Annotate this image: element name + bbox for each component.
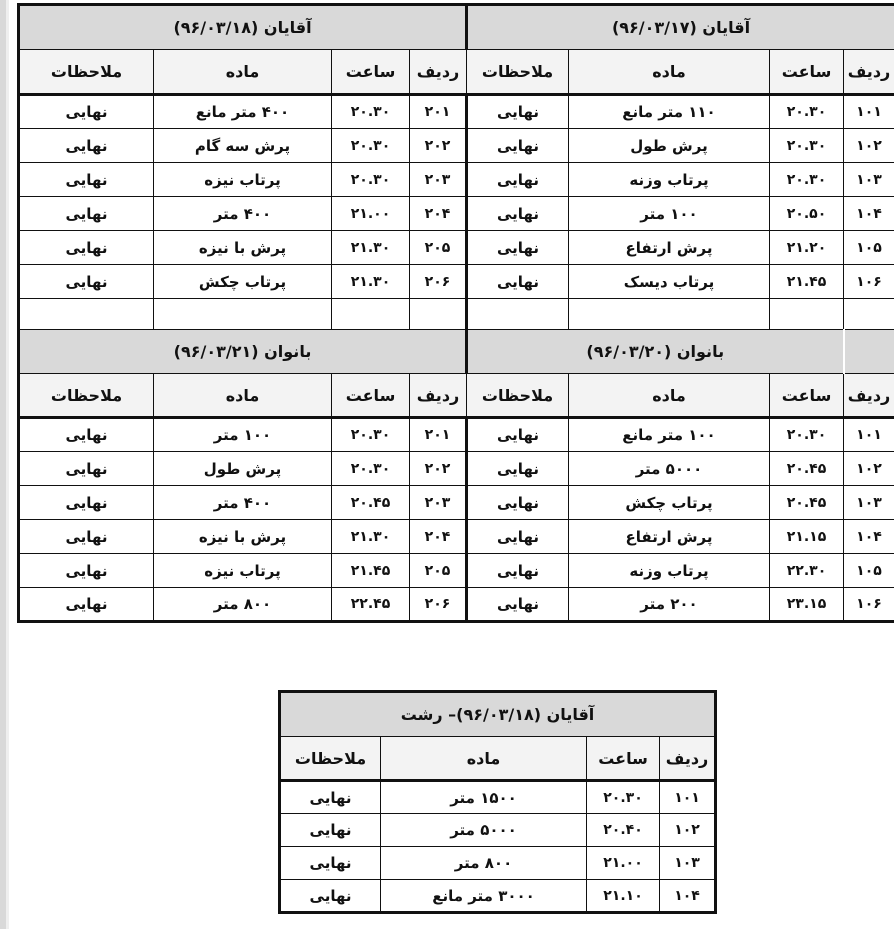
col-header-event: ماده bbox=[569, 50, 770, 95]
row-event: پرش با نیزه bbox=[154, 231, 332, 265]
row-event: ۵۰۰۰ متر bbox=[569, 452, 770, 486]
row-notes: نهایی bbox=[467, 163, 569, 197]
row-event: ۱۰۰ متر bbox=[569, 197, 770, 231]
row-notes: نهایی bbox=[467, 95, 569, 129]
row-event: پرش طول bbox=[154, 452, 332, 486]
row-number: ۲۰۱ bbox=[410, 95, 467, 129]
row-event: ۱۰۰ متر bbox=[154, 418, 332, 452]
row-notes: نهایی bbox=[19, 452, 154, 486]
table-row: ۱۰۳ ۲۰.۴۵ پرتاب چکش نهایی ۲۰۳ ۲۰.۴۵ ۴۰۰ … bbox=[19, 486, 894, 520]
col-header-event: ماده bbox=[154, 50, 332, 95]
col-header-time: ساعت bbox=[332, 374, 410, 418]
row-number: ۲۰۱ bbox=[410, 418, 467, 452]
col-header-event: ماده bbox=[381, 737, 587, 781]
row-event: پرتاب نیزه bbox=[154, 554, 332, 588]
schedule-table-rasht: آقایان (۹۶/۰۳/۱۸)– رشت ردیف ساعت ماده مل… bbox=[278, 690, 717, 914]
row-event: ۱۵۰۰ متر bbox=[381, 781, 587, 814]
col-header-row: ردیف bbox=[844, 374, 894, 418]
row-time: ۲۰.۴۵ bbox=[770, 486, 844, 520]
row-event: پرش ارتفاع bbox=[569, 520, 770, 554]
table-row: ۱۰۴ ۲۰.۵۰ ۱۰۰ متر نهایی ۲۰۴ ۲۱.۰۰ ۴۰۰ مت… bbox=[19, 197, 894, 231]
row-time: ۲۰.۴۵ bbox=[770, 452, 844, 486]
row-time: ۲۱.۳۰ bbox=[332, 265, 410, 299]
row-number: ۱۰۱ bbox=[844, 95, 894, 129]
row-number: ۲۰۴ bbox=[410, 520, 467, 554]
row-number: ۱۰۳ bbox=[660, 847, 716, 880]
row-event: ۱۰۰ متر مانع bbox=[569, 418, 770, 452]
table-row: ۱۰۵ ۲۲.۳۰ پرتاب وزنه نهایی ۲۰۵ ۲۱.۴۵ پرت… bbox=[19, 554, 894, 588]
row-number: ۱۰۲ bbox=[844, 452, 894, 486]
row-number: ۲۰۳ bbox=[410, 163, 467, 197]
row-number: ۲۰۵ bbox=[410, 231, 467, 265]
table-row: ۱۰۴ ۲۱.۱۰ ۳۰۰۰ متر مانع نهایی bbox=[280, 880, 716, 913]
row-notes: نهایی bbox=[280, 781, 381, 814]
table-row: ۱۰۳ ۲۱.۰۰ ۸۰۰ متر نهایی bbox=[280, 847, 716, 880]
col-header-time: ساعت bbox=[770, 374, 844, 418]
row-notes: نهایی bbox=[280, 847, 381, 880]
col-header-row: ردیف bbox=[844, 50, 894, 95]
table-row: ۱۰۲ ۲۰.۳۰ پرش طول نهایی ۲۰۲ ۲۰.۳۰ پرش سه… bbox=[19, 129, 894, 163]
col-header-row: ردیف bbox=[410, 50, 467, 95]
row-number: ۲۰۲ bbox=[410, 129, 467, 163]
table-row: ۱۰۲ ۲۰.۴۵ ۵۰۰۰ متر نهایی ۲۰۲ ۲۰.۳۰ پرش ط… bbox=[19, 452, 894, 486]
row-time: ۲۰.۳۰ bbox=[332, 418, 410, 452]
row-number: ۲۰۲ bbox=[410, 452, 467, 486]
row-notes: نهایی bbox=[19, 486, 154, 520]
row-notes: نهایی bbox=[19, 197, 154, 231]
row-event: ۴۰۰ متر bbox=[154, 197, 332, 231]
row-time: ۲۱.۳۰ bbox=[332, 520, 410, 554]
row-time: ۲۰.۳۰ bbox=[770, 163, 844, 197]
row-event: پرش ارتفاع bbox=[569, 231, 770, 265]
row-time: ۲۱.۴۵ bbox=[332, 554, 410, 588]
table-row: ۱۰۱ ۲۰.۳۰ ۱۱۰ متر مانع نهایی ۲۰۱ ۲۰.۳۰ ۴… bbox=[19, 95, 894, 129]
row-event: پرتاب دیسک bbox=[569, 265, 770, 299]
row-number: ۲۰۴ bbox=[410, 197, 467, 231]
row-event: پرتاب وزنه bbox=[569, 554, 770, 588]
row-time: ۲۱.۱۵ bbox=[770, 520, 844, 554]
row-notes: نهایی bbox=[19, 95, 154, 129]
row-event: ۴۰۰ متر مانع bbox=[154, 95, 332, 129]
row-number: ۱۰۶ bbox=[844, 265, 894, 299]
row-notes: نهایی bbox=[19, 129, 154, 163]
col-header-notes: ملاحظات bbox=[467, 50, 569, 95]
row-notes: نهایی bbox=[467, 520, 569, 554]
row-event: پرش طول bbox=[569, 129, 770, 163]
table-title-men-18: آقایان (۹۶/۰۳/۱۸) bbox=[19, 5, 467, 50]
row-event: پرش با نیزه bbox=[154, 520, 332, 554]
row-notes: نهایی bbox=[467, 452, 569, 486]
table-row: ۱۰۶ ۲۱.۴۵ پرتاب دیسک نهایی ۲۰۶ ۲۱.۳۰ پرت… bbox=[19, 265, 894, 299]
col-header-time: ساعت bbox=[770, 50, 844, 95]
row-number: ۱۰۴ bbox=[844, 197, 894, 231]
table-row: ۱۰۴ ۲۱.۱۵ پرش ارتفاع نهایی ۲۰۴ ۲۱.۳۰ پرش… bbox=[19, 520, 894, 554]
row-number: ۱۰۱ bbox=[660, 781, 716, 814]
row-time: ۲۱.۰۰ bbox=[332, 197, 410, 231]
row-notes: نهایی bbox=[19, 163, 154, 197]
row-number: ۱۰۱ bbox=[844, 418, 894, 452]
row-time: ۲۰.۳۰ bbox=[332, 452, 410, 486]
table-title-men-17: آقایان (۹۶/۰۳/۱۷) bbox=[467, 5, 894, 50]
row-notes: نهایی bbox=[467, 231, 569, 265]
col-header-notes: ملاحظات bbox=[467, 374, 569, 418]
schedule-grid: آقایان (۹۶/۰۳/۱۷) آقایان (۹۶/۰۳/۱۸) ردیف… bbox=[17, 3, 894, 623]
row-time: ۲۲.۴۵ bbox=[332, 588, 410, 622]
row-time: ۲۰.۳۰ bbox=[587, 781, 660, 814]
row-number: ۱۰۳ bbox=[844, 486, 894, 520]
row-number: ۱۰۵ bbox=[844, 554, 894, 588]
row-event: پرش سه گام bbox=[154, 129, 332, 163]
table-row: ۱۰۵ ۲۱.۲۰ پرش ارتفاع نهایی ۲۰۵ ۲۱.۳۰ پرش… bbox=[19, 231, 894, 265]
row-event: پرتاب وزنه bbox=[569, 163, 770, 197]
page-edge-shadow bbox=[6, 0, 9, 929]
table-row: ۱۰۲ ۲۰.۴۰ ۵۰۰۰ متر نهایی bbox=[280, 814, 716, 847]
row-event: ۴۰۰ متر bbox=[154, 486, 332, 520]
row-notes: نهایی bbox=[467, 486, 569, 520]
table-title-women-21: بانوان (۹۶/۰۳/۲۱) bbox=[19, 330, 467, 374]
row-notes: نهایی bbox=[19, 520, 154, 554]
row-number: ۱۰۴ bbox=[660, 880, 716, 913]
row-time: ۲۰.۳۰ bbox=[332, 95, 410, 129]
row-event: ۳۰۰۰ متر مانع bbox=[381, 880, 587, 913]
table-title-women-20: بانوان (۹۶/۰۳/۲۰) bbox=[467, 330, 844, 374]
col-header-notes: ملاحظات bbox=[19, 50, 154, 95]
row-number: ۱۰۲ bbox=[660, 814, 716, 847]
row-time: ۲۳.۱۵ bbox=[770, 588, 844, 622]
row-time: ۲۰.۳۰ bbox=[332, 129, 410, 163]
col-header-row: ردیف bbox=[410, 374, 467, 418]
row-event: ۲۰۰ متر bbox=[569, 588, 770, 622]
row-number: ۱۰۲ bbox=[844, 129, 894, 163]
table-row: ۱۰۱ ۲۰.۳۰ ۱۰۰ متر مانع نهایی ۲۰۱ ۲۰.۳۰ ۱… bbox=[19, 418, 894, 452]
row-notes: نهایی bbox=[467, 265, 569, 299]
row-time: ۲۰.۳۰ bbox=[770, 418, 844, 452]
row-time: ۲۰.۴۵ bbox=[332, 486, 410, 520]
row-event: ۱۱۰ متر مانع bbox=[569, 95, 770, 129]
row-notes: نهایی bbox=[467, 588, 569, 622]
row-event: ۸۰۰ متر bbox=[381, 847, 587, 880]
row-number: ۲۰۶ bbox=[410, 265, 467, 299]
col-header-event: ماده bbox=[569, 374, 770, 418]
empty-row bbox=[19, 299, 894, 330]
row-number: ۱۰۵ bbox=[844, 231, 894, 265]
title-filler bbox=[844, 330, 894, 374]
row-number: ۱۰۶ bbox=[844, 588, 894, 622]
row-time: ۲۱.۴۵ bbox=[770, 265, 844, 299]
row-number: ۱۰۳ bbox=[844, 163, 894, 197]
table-row: ۱۰۱ ۲۰.۳۰ ۱۵۰۰ متر نهایی bbox=[280, 781, 716, 814]
table-row: ۱۰۶ ۲۳.۱۵ ۲۰۰ متر نهایی ۲۰۶ ۲۲.۴۵ ۸۰۰ مت… bbox=[19, 588, 894, 622]
row-time: ۲۰.۳۰ bbox=[770, 129, 844, 163]
row-time: ۲۱.۳۰ bbox=[332, 231, 410, 265]
row-number: ۱۰۴ bbox=[844, 520, 894, 554]
row-notes: نهایی bbox=[467, 554, 569, 588]
col-header-notes: ملاحظات bbox=[280, 737, 381, 781]
row-time: ۲۰.۳۰ bbox=[332, 163, 410, 197]
row-time: ۲۰.۵۰ bbox=[770, 197, 844, 231]
col-header-time: ساعت bbox=[332, 50, 410, 95]
row-event: ۵۰۰۰ متر bbox=[381, 814, 587, 847]
row-notes: نهایی bbox=[19, 588, 154, 622]
row-number: ۲۰۳ bbox=[410, 486, 467, 520]
row-time: ۲۱.۰۰ bbox=[587, 847, 660, 880]
row-time: ۲۲.۳۰ bbox=[770, 554, 844, 588]
row-time: ۲۰.۳۰ bbox=[770, 95, 844, 129]
col-header-time: ساعت bbox=[587, 737, 660, 781]
row-event: پرتاب نیزه bbox=[154, 163, 332, 197]
col-header-notes: ملاحظات bbox=[19, 374, 154, 418]
table-row: ۱۰۳ ۲۰.۳۰ پرتاب وزنه نهایی ۲۰۳ ۲۰.۳۰ پرت… bbox=[19, 163, 894, 197]
row-notes: نهایی bbox=[19, 554, 154, 588]
row-notes: نهایی bbox=[280, 880, 381, 913]
row-number: ۲۰۵ bbox=[410, 554, 467, 588]
row-notes: نهایی bbox=[19, 265, 154, 299]
row-event: پرتاب چکش bbox=[154, 265, 332, 299]
row-time: ۲۱.۱۰ bbox=[587, 880, 660, 913]
row-event: پرتاب چکش bbox=[569, 486, 770, 520]
table-title-men-18-rasht: آقایان (۹۶/۰۳/۱۸)– رشت bbox=[280, 692, 716, 737]
row-number: ۲۰۶ bbox=[410, 588, 467, 622]
row-notes: نهایی bbox=[467, 418, 569, 452]
col-header-event: ماده bbox=[154, 374, 332, 418]
row-notes: نهایی bbox=[19, 231, 154, 265]
row-event: ۸۰۰ متر bbox=[154, 588, 332, 622]
row-notes: نهایی bbox=[467, 129, 569, 163]
row-notes: نهایی bbox=[280, 814, 381, 847]
col-header-row: ردیف bbox=[660, 737, 716, 781]
row-notes: نهایی bbox=[19, 418, 154, 452]
row-time: ۲۱.۲۰ bbox=[770, 231, 844, 265]
row-time: ۲۰.۴۰ bbox=[587, 814, 660, 847]
row-notes: نهایی bbox=[467, 197, 569, 231]
